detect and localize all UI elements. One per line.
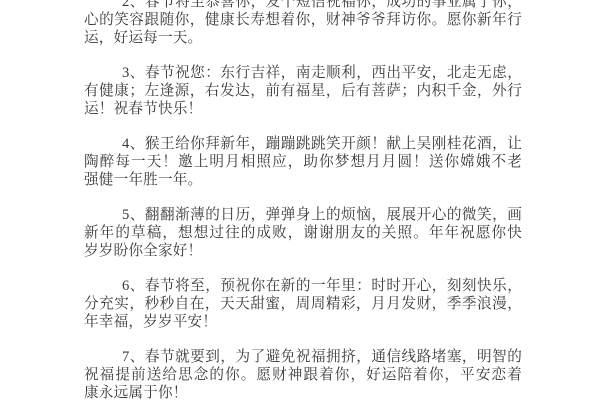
text-line: 7、春节就要到，为了避免祝福拥挤，通信线路堵塞，明智的我 将: [84, 348, 522, 366]
text-line: 3、春节祝您：东行吉祥，南走顺利，西出平安，北走无虑，中: [84, 64, 522, 82]
greeting-paragraph-6: 6、春节将至，预祝你在新的一年里：时时开心，刻刻快乐，分 分充实，秒秒自在，天天…: [84, 277, 522, 331]
greeting-paragraph-5: 5、翻翻渐薄的日历，弹弹身上的烦恼，展展开心的微笑，画画 新年的草稿，想想过往的…: [84, 206, 522, 260]
text-line: 年幸福，岁岁平安！: [84, 313, 522, 331]
text-line: 新年的草稿，想想过往的成败，谢谢朋友的关照。年年祝愿你快乐，: [84, 224, 522, 242]
text-line: 2、春节将至恭喜你，发个短信祝福你，成功的事业属于你，开: [84, 0, 522, 11]
text-line: 康永远属于你！: [84, 384, 522, 400]
greeting-paragraph-3: 3、春节祝您：东行吉祥，南走顺利，西出平安，北走无虑，中 有健康；左逢源，右发达…: [84, 64, 522, 118]
text-line: 有健康；左逢源，右发达，前有福星，后有菩萨；内积千金，外行好: [84, 82, 522, 100]
text-line: 4、猴王给你拜新年，蹦蹦跳跳笑开颜！献上吴刚桂花酒，让你: [84, 135, 522, 153]
text-line: 分充实，秒秒自在，天天甜蜜，周周精彩，月月发财，季季浪漫，年: [84, 295, 522, 313]
text-line: 心的笑容跟随你，健康长寿想着你，财神爷爷拜访你。愿你新年行大: [84, 11, 522, 29]
text-line: 强健一年胜一年。: [84, 171, 522, 189]
text-line: 陶醉每一天！邀上明月相照应，助你梦想月月圆！送你嫦娥不老药，: [84, 153, 522, 171]
greeting-paragraph-7: 7、春节就要到，为了避免祝福拥挤，通信线路堵塞，明智的我 将 祝福提前送给思念的…: [84, 348, 522, 400]
text-line: 运！祝春节快乐！: [84, 100, 522, 118]
text-line: 6、春节将至，预祝你在新的一年里：时时开心，刻刻快乐，分: [84, 277, 522, 295]
text-line: 祝福提前送给思念的你。愿财神跟着你，好运陪着你，平安恋着你， 健: [84, 366, 522, 384]
text-line: 5、翻翻渐薄的日历，弹弹身上的烦恼，展展开心的微笑，画画: [84, 206, 522, 224]
greeting-paragraph-2: 2、春节将至恭喜你，发个短信祝福你，成功的事业属于你，开 心的笑容跟随你，健康长…: [84, 0, 522, 47]
greeting-paragraph-4: 4、猴王给你拜新年，蹦蹦跳跳笑开颜！献上吴刚桂花酒，让你 陶醉每一天！邀上明月相…: [84, 135, 522, 189]
text-line: 岁岁盼你全家好！: [84, 242, 522, 260]
greetings-document-page: 2、春节将至恭喜你，发个短信祝福你，成功的事业属于你，开 心的笑容跟随你，健康长…: [84, 0, 522, 400]
text-line: 运，好运每一天。: [84, 29, 522, 47]
